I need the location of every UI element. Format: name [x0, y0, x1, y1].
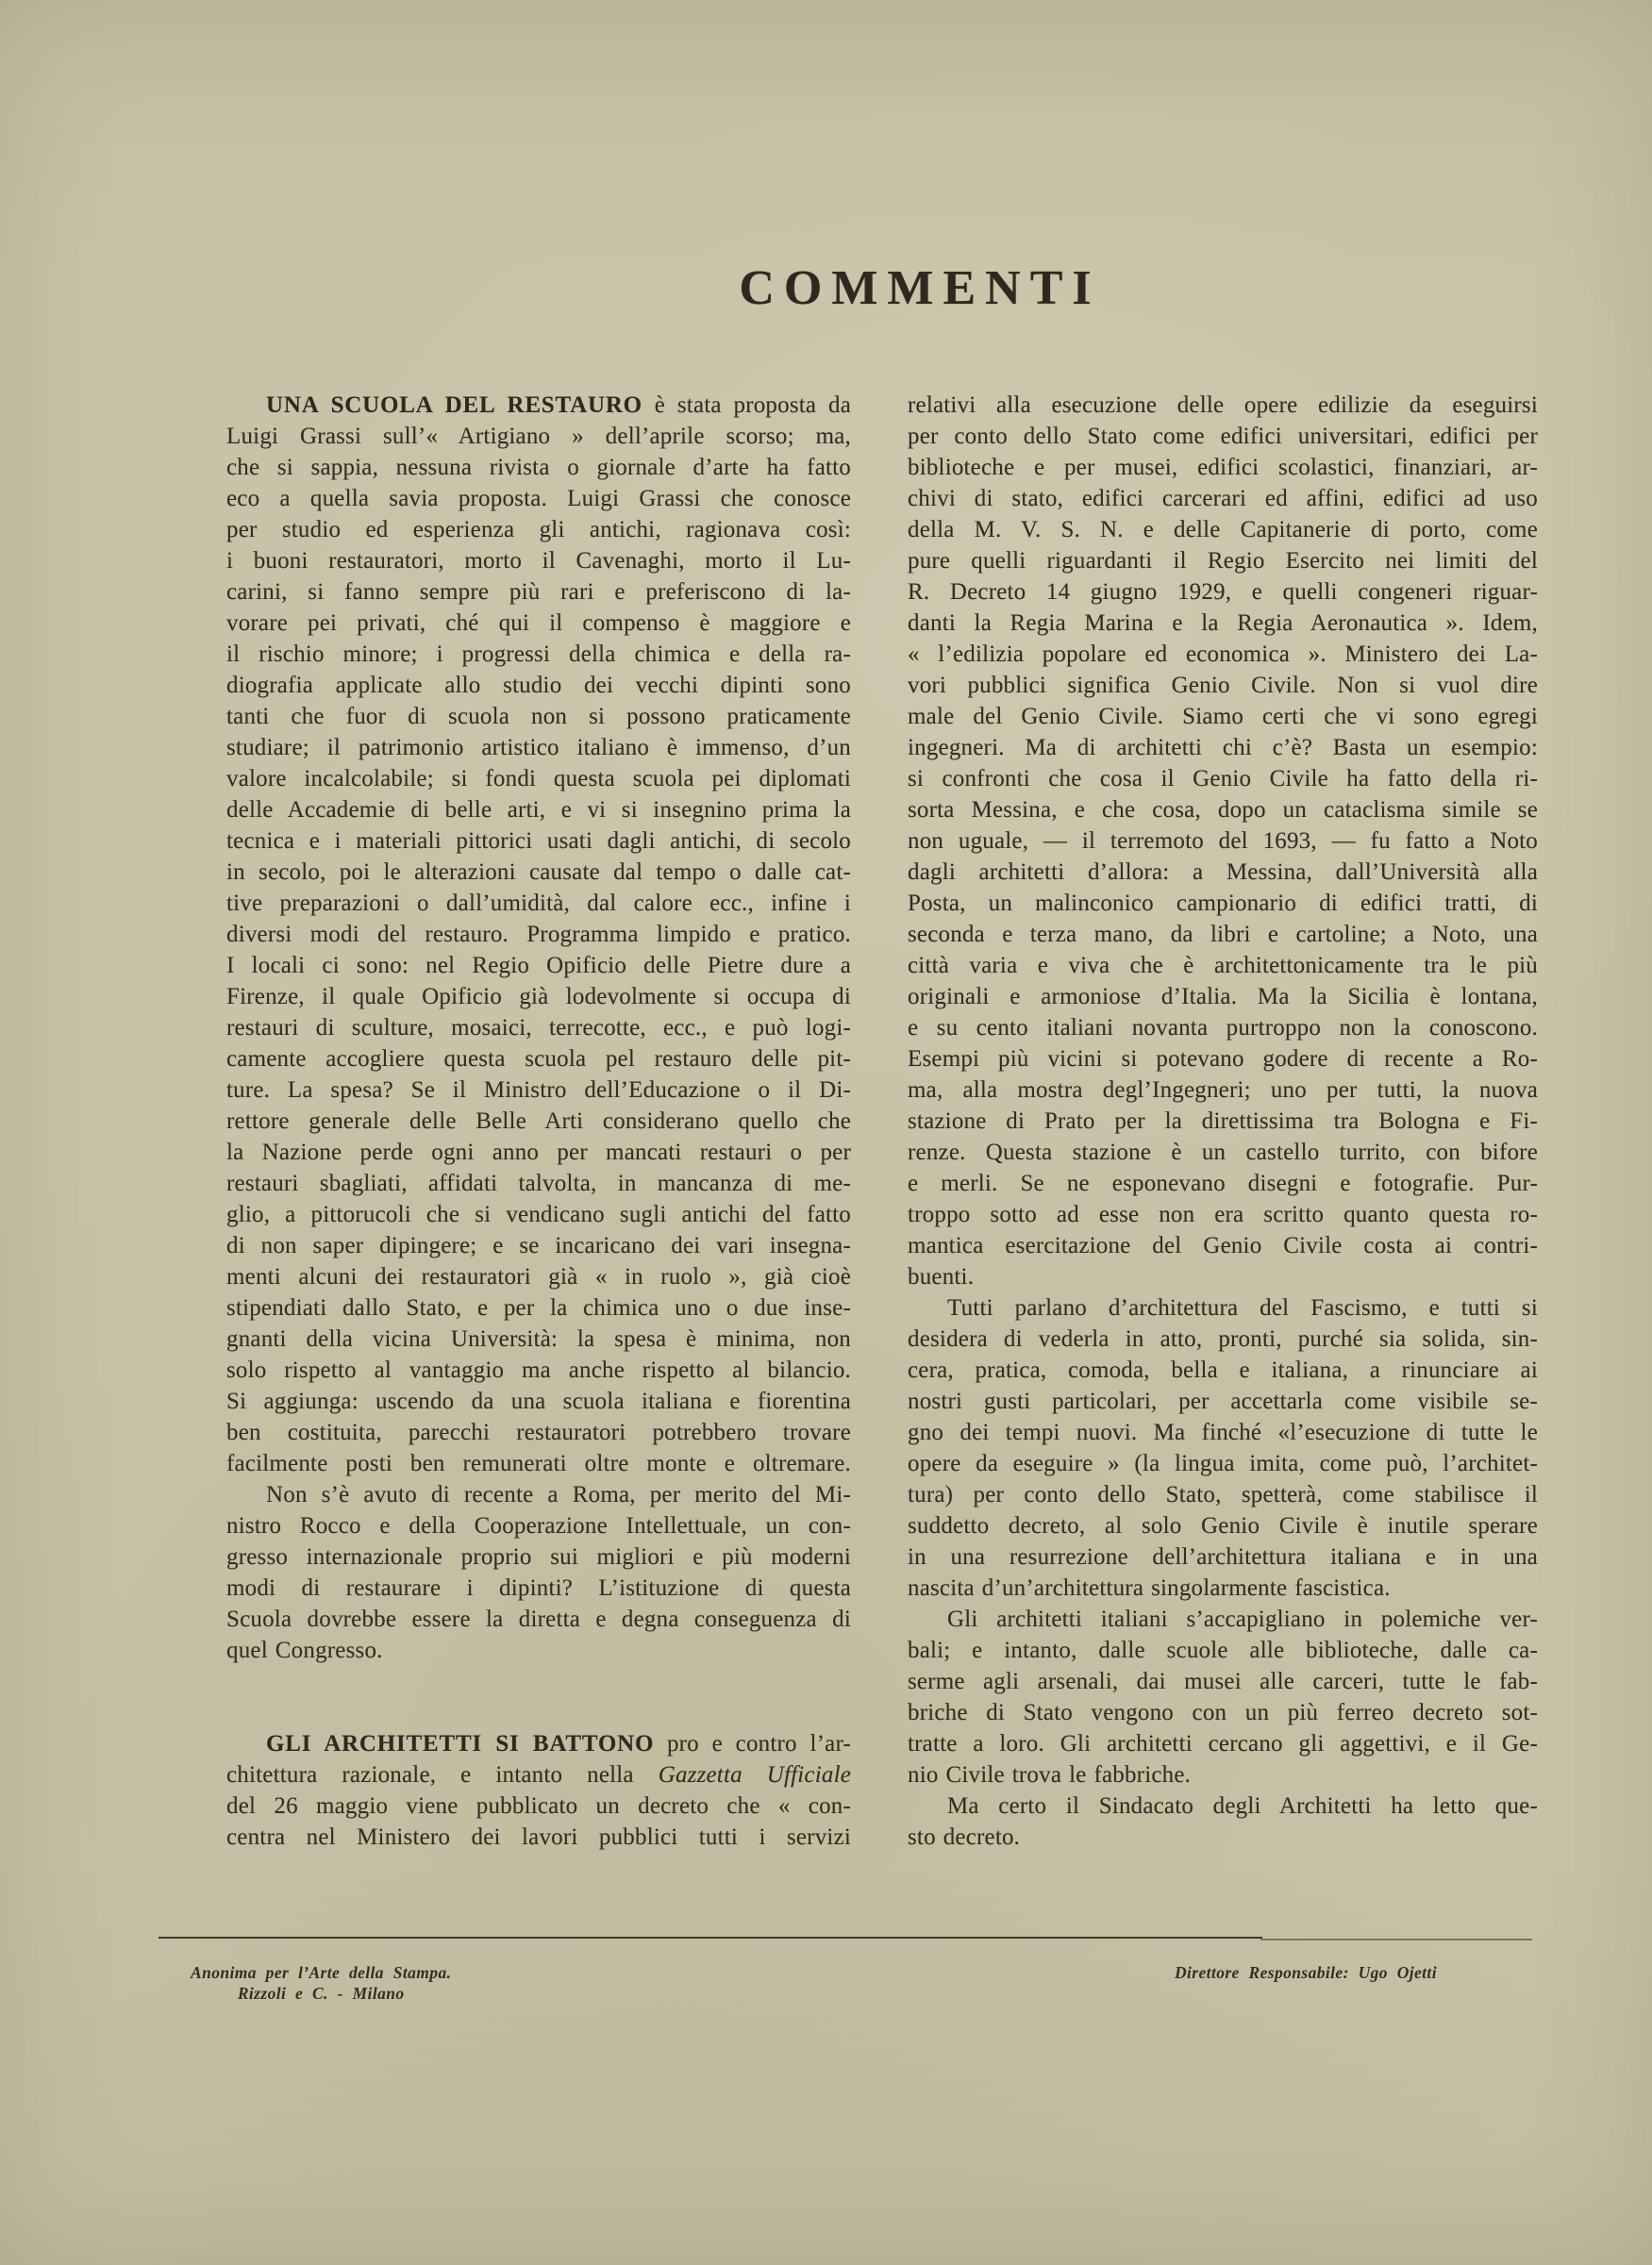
text-line: delle Accademie di belle arti, e vi si i… [226, 794, 851, 825]
text-line: Luigi Grassi sull’« Artigiano » dell’apr… [226, 421, 851, 452]
printer-credit: Anonima per l’Arte della Stampa. Rizzoli… [191, 1962, 451, 2004]
text-line: Firenze, il quale Opificio già lodevolme… [226, 981, 851, 1012]
text-line: danti la Regia Marina e la Regia Aeronau… [908, 608, 1538, 639]
text-line: sto decreto. [908, 1822, 1538, 1853]
text-line: solo rispetto al vantaggio ma anche risp… [226, 1355, 851, 1386]
text-line: quel Congresso. [226, 1635, 851, 1666]
text-line: facilmente posti ben remunerati oltre mo… [226, 1448, 851, 1479]
footer-rule-segment [1260, 1939, 1532, 1940]
text-line: R. Decreto 14 giugno 1929, e quelli cong… [908, 576, 1538, 608]
text-line: per conto dello Stato come edifici unive… [908, 421, 1538, 452]
text-line: nistro Rocco e della Cooperazione Intell… [226, 1510, 851, 1541]
text-line: i buoni restauratori, morto il Cavenaghi… [226, 545, 851, 576]
text-line: diografia applicate allo studio dei vecc… [226, 670, 851, 701]
text-line: menti alcuni dei restauratori già « in r… [226, 1261, 851, 1292]
text-line: GLI ARCHITETTI SI BATTONO pro e contro l… [226, 1728, 851, 1759]
section-heading: UNA SCUOLA DEL RESTAURO [266, 392, 642, 418]
text-line: dagli architetti d’allora: a Messina, da… [908, 857, 1538, 888]
text-line: Tutti parlano d’architettura del Fascism… [908, 1292, 1538, 1324]
footer-rule [159, 1937, 1262, 1939]
paragraph-gap [226, 1697, 851, 1728]
text-line: vorare pei privati, ché qui il compenso … [226, 608, 851, 639]
text-line: ture. La spesa? Se il Ministro dell’Educ… [226, 1074, 851, 1106]
italicized-title: Gazzetta Ufficiale [659, 1762, 851, 1788]
text-line: originali e armoniose d’Italia. Ma la Si… [908, 981, 1538, 1012]
text-line: tive preparazioni o dall’umidità, dal ca… [226, 888, 851, 919]
text-line: Non s’è avuto di recente a Roma, per mer… [226, 1479, 851, 1510]
text-line: restauri di sculture, mosaici, terrecott… [226, 1012, 851, 1043]
text-line: stipendiati dallo Stato, e per la chimic… [226, 1292, 851, 1324]
text-line: non uguale, — il terremoto del 1693, — f… [908, 825, 1538, 857]
text-line: gno dei tempi nuovi. Ma finché «l’esecuz… [908, 1417, 1538, 1448]
text-line: in secolo, poi le alterazioni causate da… [226, 857, 851, 888]
text-line: male del Genio Civile. Siamo certi che v… [908, 701, 1538, 732]
text-line: glio, a pittorucoli che si vendicano sug… [226, 1199, 851, 1230]
text-line: Gli architetti italiani s’accapigliano i… [908, 1604, 1538, 1635]
text-line: studiare; il patrimonio artistico italia… [226, 732, 851, 763]
text-line: tura) per conto dello Stato, spetterà, c… [908, 1479, 1538, 1510]
printer-credit-line1: Anonima per l’Arte della Stampa. [191, 1962, 451, 1983]
text-line: biblioteche e per musei, edifici scolast… [908, 452, 1538, 483]
text-line: vori pubblici significa Genio Civile. No… [908, 670, 1538, 701]
text-line: bali; e intanto, dalle scuole alle bibli… [908, 1635, 1538, 1666]
text-line: chivi di stato, edifici carcerari ed aff… [908, 483, 1538, 514]
text-line: Scuola dovrebbe essere la diretta e degn… [226, 1604, 851, 1635]
text-line: e merli. Se ne esponevano disegni e foto… [908, 1168, 1538, 1199]
text-line: in una resurrezione dell’architettura it… [908, 1541, 1538, 1573]
text-line: ingegneri. Ma di architetti chi c’è? Bas… [908, 732, 1538, 763]
text-line: Posta, un malinconico campionario di edi… [908, 888, 1538, 919]
text-line: tanti che fuor di scuola non si possono … [226, 701, 851, 732]
text-line: gresso internazionale proprio sui miglio… [226, 1541, 851, 1573]
text-line: cera, pratica, comoda, bella e italiana,… [908, 1355, 1538, 1386]
text-line: briche di Stato vengono con un più ferre… [908, 1697, 1538, 1728]
text-line: seconda e terza mano, da libri e cartoli… [908, 919, 1538, 950]
text-line: della M. V. S. N. e delle Capitanerie di… [908, 514, 1538, 545]
text-line: stazione di Prato per la direttissima tr… [908, 1106, 1538, 1137]
printer-credit-line2: Rizzoli e C. - Milano [191, 1983, 451, 2004]
section-heading: GLI ARCHITETTI SI BATTONO [266, 1731, 654, 1757]
text-line: I locali ci sono: nel Regio Opificio del… [226, 950, 851, 981]
text-line: carini, si fanno sempre più rari e prefe… [226, 576, 851, 608]
text-line: gnanti della vicina Università: la spesa… [226, 1324, 851, 1355]
text-line: che si sappia, nessuna rivista o giornal… [226, 452, 851, 483]
text-line: UNA SCUOLA DEL RESTAURO è stata proposta… [226, 390, 851, 421]
text-line: tratte a loro. Gli architetti cercano gl… [908, 1728, 1538, 1759]
text-line: buenti. [908, 1261, 1538, 1292]
text-line: valore incalcolabile; si fondi questa sc… [226, 763, 851, 794]
text-line: chitettura razionale, e intanto nella Ga… [226, 1759, 851, 1790]
text-line: renze. Questa stazione è un castello tur… [908, 1137, 1538, 1168]
text-line: camente accogliere questa scuola pel res… [226, 1043, 851, 1074]
text-line: di non saper dipingere; e se incaricano … [226, 1230, 851, 1261]
text-line: e su cento italiani novanta purtroppo no… [908, 1012, 1538, 1043]
text-line: mantica esercitazione del Genio Civile c… [908, 1230, 1538, 1261]
text-line: pure quelli riguardanti il Regio Esercit… [908, 545, 1538, 576]
text-line: del 26 maggio viene pubblicato un decret… [226, 1790, 851, 1822]
text-line: sorta Messina, e che cosa, dopo un catac… [908, 794, 1538, 825]
text-line: centra nel Ministero dei lavori pubblici… [226, 1822, 851, 1853]
text-line: troppo sotto ad esse non era scritto qua… [908, 1199, 1538, 1230]
text-line: relativi alla esecuzione delle opere edi… [908, 390, 1538, 421]
text-line: eco a quella savia proposta. Luigi Grass… [226, 483, 851, 514]
text-line: Si aggiunga: uscendo da una scuola itali… [226, 1386, 851, 1417]
text-line: tecnica e i materiali pittorici usati da… [226, 825, 851, 857]
text-line: città varia e viva che è architettonicam… [908, 950, 1538, 981]
text-line: per studio ed esperienza gli antichi, ra… [226, 514, 851, 545]
text-line: « l’edilizia popolare ed economica ». Mi… [908, 639, 1538, 670]
paragraph-gap [226, 1666, 851, 1697]
text-line: suddetto decreto, al solo Genio Civile è… [908, 1510, 1538, 1541]
text-line: ma, alla mostra degl’Ingegneri; uno per … [908, 1074, 1538, 1106]
text-line: rettore generale delle Belle Arti consid… [226, 1106, 851, 1137]
text-line: Ma certo il Sindacato degli Architetti h… [908, 1790, 1538, 1822]
text-line: opere da eseguire » (la lingua imita, co… [908, 1448, 1538, 1479]
text-line: nascita d’un’architettura singolarmente … [908, 1573, 1538, 1604]
director-credit: Direttore Responsabile: Ugo Ojetti [1175, 1962, 1437, 1983]
text-line: desidera di vederla in atto, pronti, pur… [908, 1324, 1538, 1355]
text-line: serme agli arsenali, dai musei alle carc… [908, 1666, 1538, 1697]
page-title: COMMENTI [739, 264, 1100, 313]
left-column: UNA SCUOLA DEL RESTAURO è stata proposta… [226, 390, 851, 1853]
text-line: Esempi più vicini si potevano godere di … [908, 1043, 1538, 1074]
right-column: relativi alla esecuzione delle opere edi… [908, 390, 1538, 1853]
text-line: modi di restaurare i dipinti? L’istituzi… [226, 1573, 851, 1604]
text-line: la Nazione perde ogni anno per mancati r… [226, 1137, 851, 1168]
text-line: il rischio minore; i progressi della chi… [226, 639, 851, 670]
text-line: nio Civile trova le fabbriche. [908, 1759, 1538, 1790]
text-line: restauri sbagliati, affidati talvolta, i… [226, 1168, 851, 1199]
text-line: diversi modi del restauro. Programma lim… [226, 919, 851, 950]
text-line: si confronti che cosa il Genio Civile ha… [908, 763, 1538, 794]
text-line: nostri gusti particolari, per accettarla… [908, 1386, 1538, 1417]
text-line: ben costituita, parecchi restauratori po… [226, 1417, 851, 1448]
